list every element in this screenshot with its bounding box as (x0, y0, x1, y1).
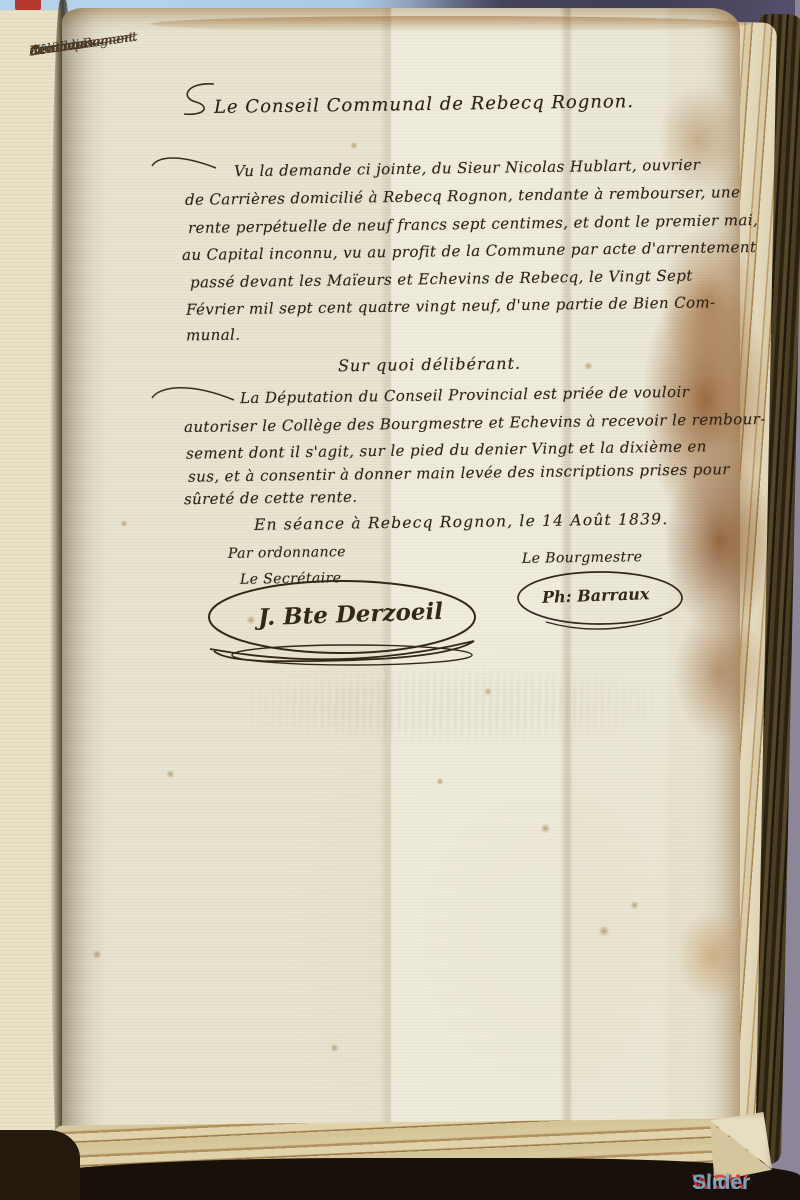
paragraph-flourish-icon (150, 152, 220, 174)
burgomaster-signature: Ph: Barraux (542, 584, 650, 607)
para1-line: munal. (186, 326, 241, 345)
bottom-left-shadow (0, 1130, 80, 1200)
foxing-spot (166, 770, 175, 778)
section-heading: Sur quoi délibérant. (338, 354, 521, 376)
foxing-spot (330, 1044, 339, 1052)
foxing-spot (350, 142, 358, 149)
foxing-spot (630, 901, 639, 909)
para2-line: sûreté de cette rente. (184, 488, 358, 508)
burgomaster-signature-block: Ph: Barraux (512, 562, 687, 634)
foxing-spot (584, 362, 593, 370)
paragraph-flourish-icon (150, 382, 236, 406)
foxing-spot (598, 926, 610, 936)
secretary-signature-block: J. Bte Derzoeil (202, 575, 482, 675)
page-top-toning (150, 16, 750, 32)
ink-bleedthrough (245, 662, 655, 748)
foxing-spot (436, 778, 444, 785)
foxing-spot (92, 950, 102, 959)
bottom-shadow (0, 1158, 800, 1200)
photo-frame: Arrondissement de Nivelles Commune de Re… (0, 0, 800, 1200)
foxing-spot (540, 824, 551, 833)
ordinance-note: Par ordonnance (228, 544, 346, 562)
watermark-slider: Slider (692, 1171, 750, 1195)
foxing-spot (120, 520, 128, 527)
